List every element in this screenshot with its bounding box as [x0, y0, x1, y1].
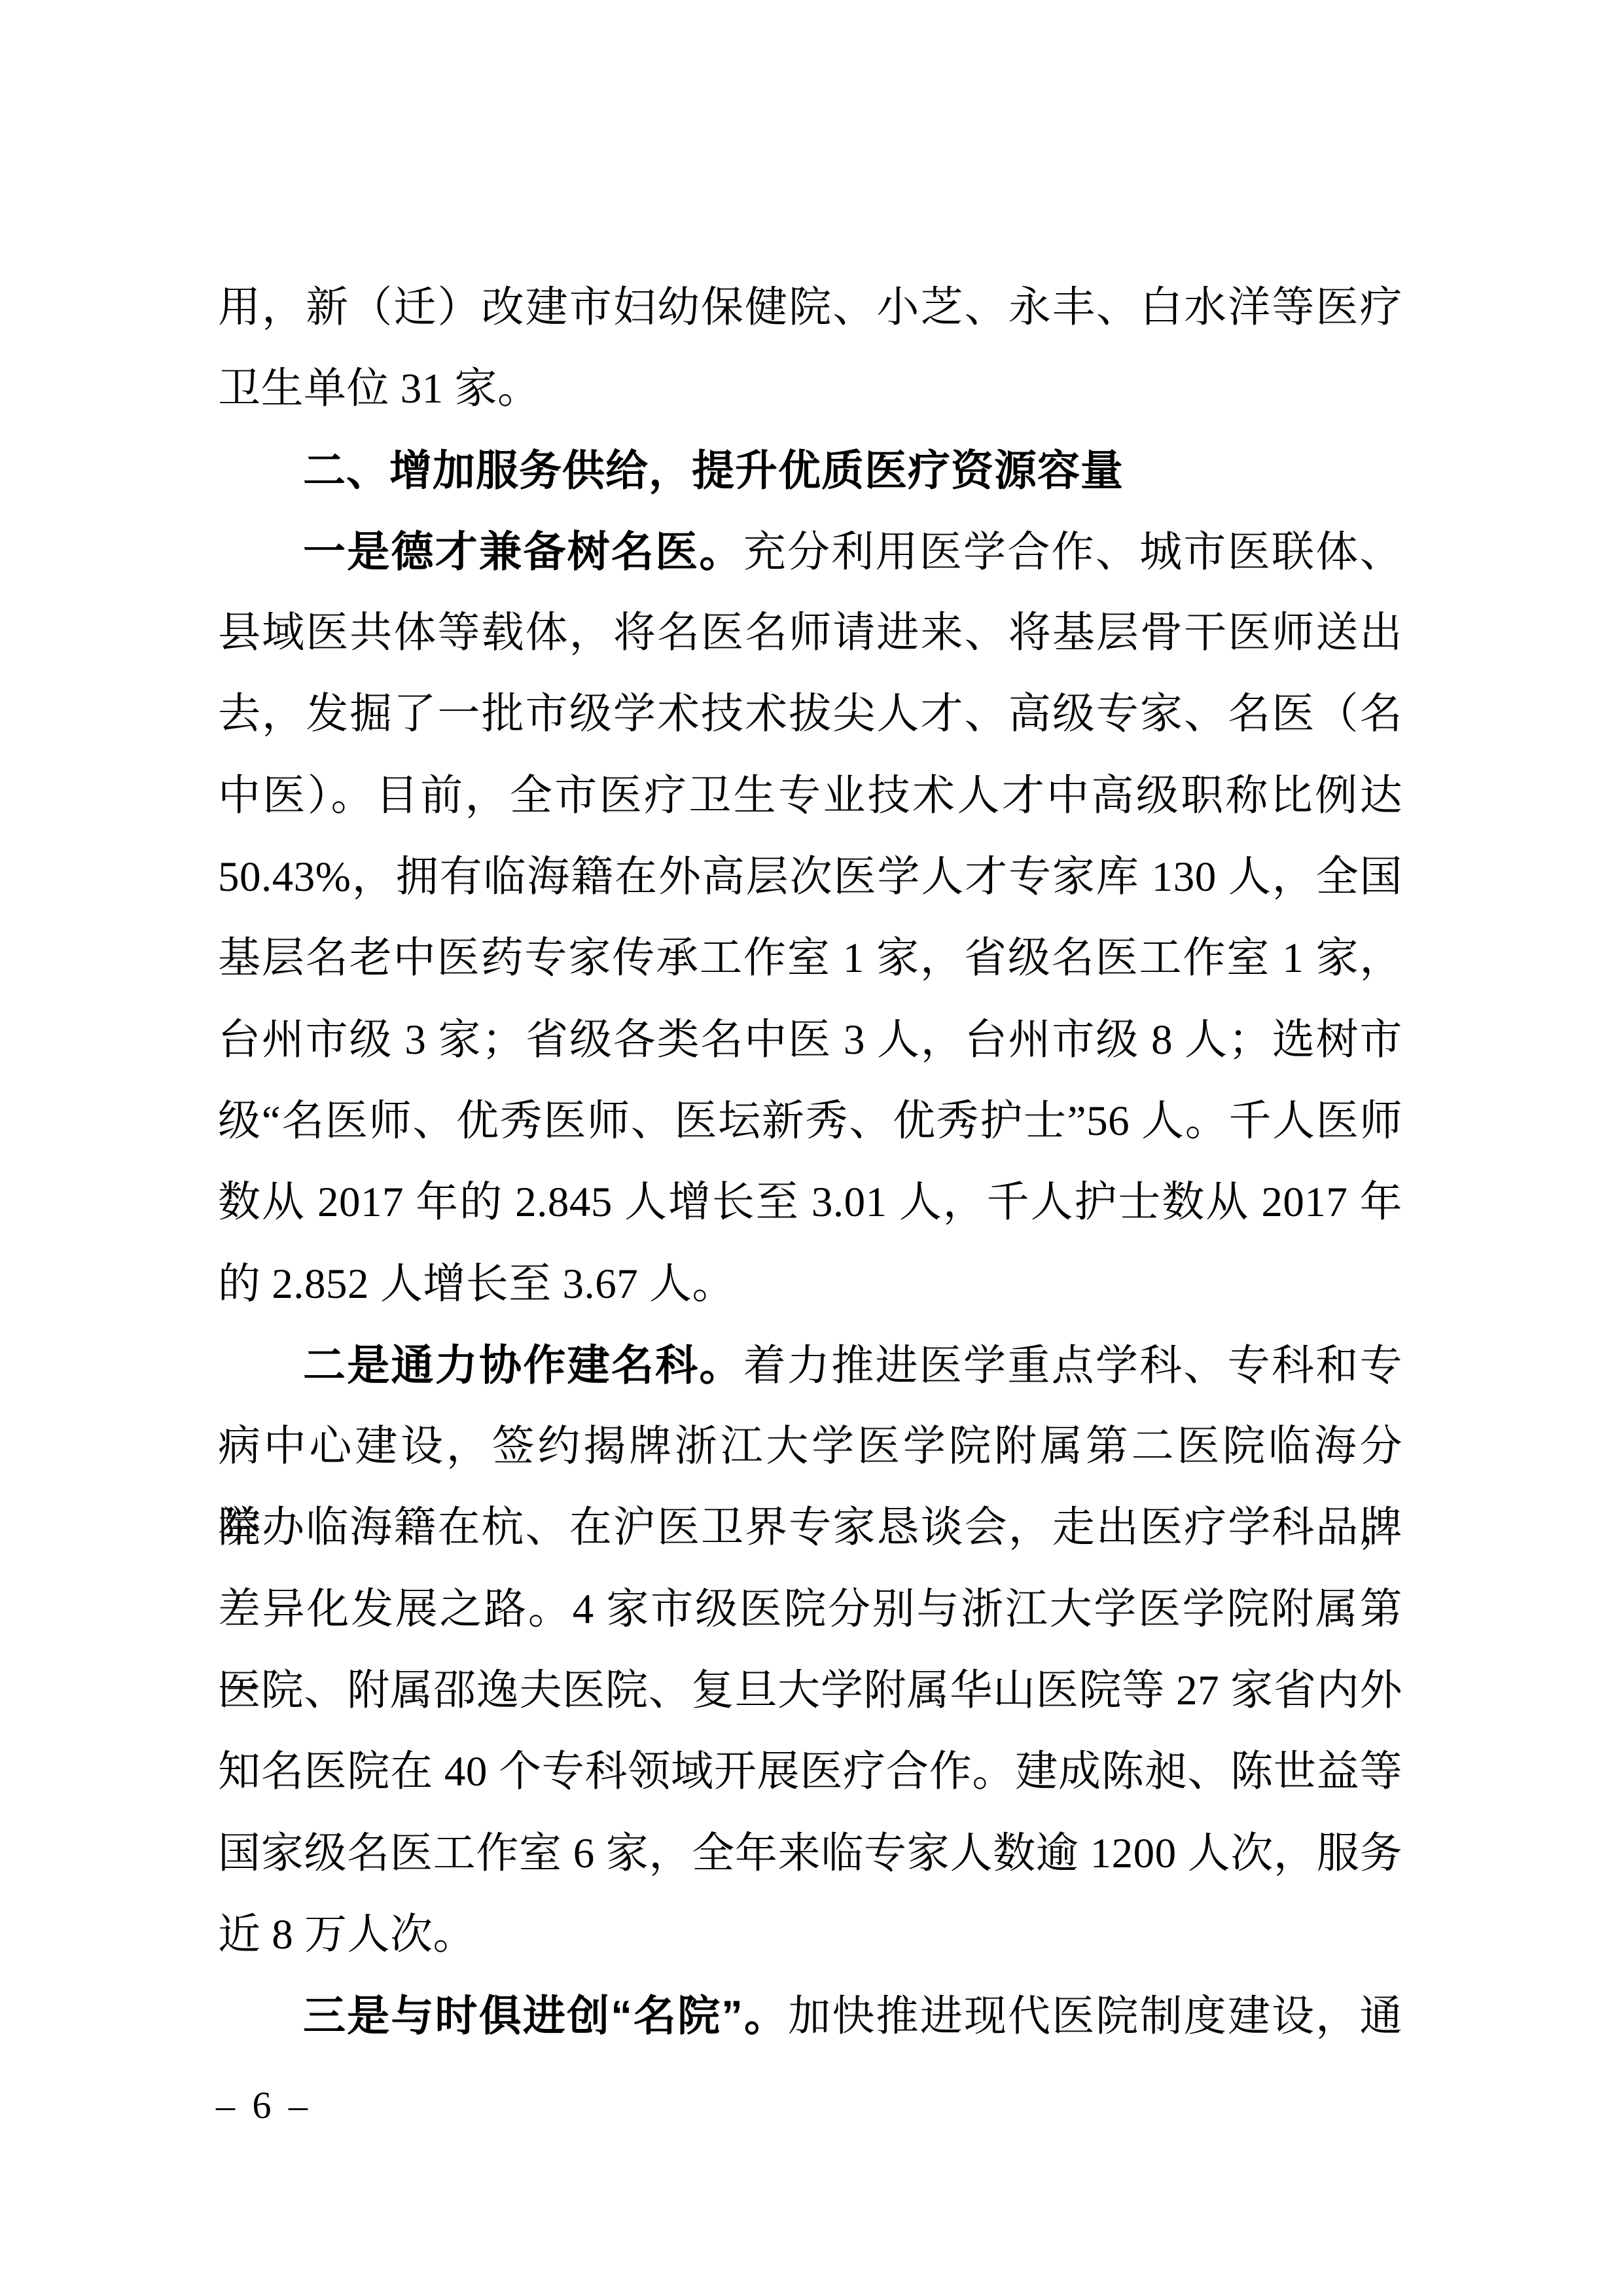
text-run: 举办临海籍在杭、在沪医卫界专家恳谈会，走出医疗学科品牌: [218, 1504, 1402, 1551]
body-line: 病中心建设，签约揭牌浙江大学医学院附属第二医院临海分院，: [218, 1406, 1402, 1487]
text-run: 去，发掘了一批市级学术技术拔尖人才、高级专家、名医（名: [218, 691, 1402, 738]
text-run: 县域医共体等载体，将名医名师请进来、将基层骨干医师送出: [218, 609, 1402, 656]
body-line: 县域医共体等载体，将名医名师请进来、将基层骨干医师送出: [218, 592, 1402, 673]
text-run: 近 8 万人次。: [218, 1911, 476, 1958]
text-run: 的 2.852 人增长至 3.67 人。: [218, 1261, 735, 1308]
body-line: 一是德才兼备树名医。充分利用医学合作、城市医联体、: [218, 511, 1402, 592]
text-run: 50.43%，拥有临海籍在外高层次医学人才专家库 130 人，全国: [218, 853, 1402, 901]
body-line: 卫生单位 31 家。: [218, 348, 1402, 429]
body-line: 举办临海籍在杭、在沪医卫界专家恳谈会，走出医疗学科品牌: [218, 1487, 1402, 1568]
text-run: 卫生单位 31 家。: [218, 365, 541, 412]
text-run: 知名医院在 40 个专科领域开展医疗合作。建成陈昶、陈世益等: [218, 1748, 1402, 1795]
body-line: 去，发掘了一批市级学术技术拔尖人才、高级专家、名医（名: [218, 673, 1402, 755]
text-run: 数从 2017 年的 2.845 人增长至 3.01 人，千人护士数从 2017…: [218, 1179, 1402, 1226]
section-heading: 二、增加服务供给，提升优质医疗资源容量: [218, 430, 1402, 511]
bold-text-run: 一是德才兼备树名医。: [303, 528, 743, 575]
body-line: 三是与时俱进创“名院”。加快推进现代医院制度建设，通: [218, 1975, 1402, 2056]
bold-text-run: 二是通力协作建名科。: [303, 1341, 743, 1389]
body-line: 数从 2017 年的 2.845 人增长至 3.01 人，千人护士数从 2017…: [218, 1162, 1402, 1243]
body-line: 级“名医师、优秀医师、医坛新秀、优秀护士”56 人。千人医师: [218, 1081, 1402, 1162]
text-run: 加快推进现代医院制度建设，通: [788, 1993, 1402, 2040]
text-run: 充分利用医学合作、城市医联体、: [743, 529, 1402, 576]
text-run: 用，新（迁）改建市妇幼保健院、小芝、永丰、白水洋等医疗: [218, 284, 1402, 331]
body-line: 知名医院在 40 个专科领域开展医疗合作。建成陈昶、陈世益等: [218, 1731, 1402, 1812]
bold-text-run: 三是与时俱进创“名院”。: [303, 1992, 788, 2039]
body-line: 二是通力协作建名科。着力推进医学重点学科、专科和专: [218, 1325, 1402, 1406]
text-run: 着力推进医学重点学科、专科和专: [743, 1342, 1402, 1390]
document-page: 用，新（迁）改建市妇幼保健院、小芝、永丰、白水洋等医疗卫生单位 31 家。二、增…: [0, 0, 1623, 2296]
body-line: 台州市级 3 家；省级各类名中医 3 人，台州市级 8 人；选树市: [218, 999, 1402, 1081]
text-run: 级“名医师、优秀医师、医坛新秀、优秀护士”56 人。千人医师: [218, 1098, 1402, 1145]
body-line: 近 8 万人次。: [218, 1894, 1402, 1975]
text-run: 基层名老中医药专家传承工作室 1 家，省级名医工作室 1 家，: [218, 935, 1402, 982]
body-line: 中医）。目前，全市医疗卫生专业技术人才中高级职称比例达: [218, 755, 1402, 836]
body-line: 医院、附属邵逸夫医院、复旦大学附属华山医院等 27 家省内外: [218, 1650, 1402, 1731]
text-block: 用，新（迁）改建市妇幼保健院、小芝、永丰、白水洋等医疗卫生单位 31 家。二、增…: [218, 267, 1402, 2057]
text-run: 中医）。目前，全市医疗卫生专业技术人才中高级职称比例达: [218, 772, 1402, 819]
bold-text-run: 二、增加服务供给，提升优质医疗资源容量: [303, 446, 1124, 494]
body-line: 基层名老中医药专家传承工作室 1 家，省级名医工作室 1 家，: [218, 918, 1402, 999]
body-line: 国家级名医工作室 6 家，全年来临专家人数逾 1200 人次，服务: [218, 1813, 1402, 1894]
page-number: – 6 –: [216, 2087, 312, 2125]
body-line: 50.43%，拥有临海籍在外高层次医学人才专家库 130 人，全国: [218, 836, 1402, 918]
body-line: 差异化发展之路。4 家市级医院分别与浙江大学医学院附属第一: [218, 1569, 1402, 1650]
text-run: 台州市级 3 家；省级各类名中医 3 人，台州市级 8 人；选树市: [218, 1016, 1402, 1064]
text-run: 医院、附属邵逸夫医院、复旦大学附属华山医院等 27 家省内外: [218, 1667, 1402, 1714]
body-line: 用，新（迁）改建市妇幼保健院、小芝、永丰、白水洋等医疗: [218, 267, 1402, 348]
body-line: 的 2.852 人增长至 3.67 人。: [218, 1244, 1402, 1325]
text-run: 国家级名医工作室 6 家，全年来临专家人数逾 1200 人次，服务: [218, 1830, 1402, 1877]
